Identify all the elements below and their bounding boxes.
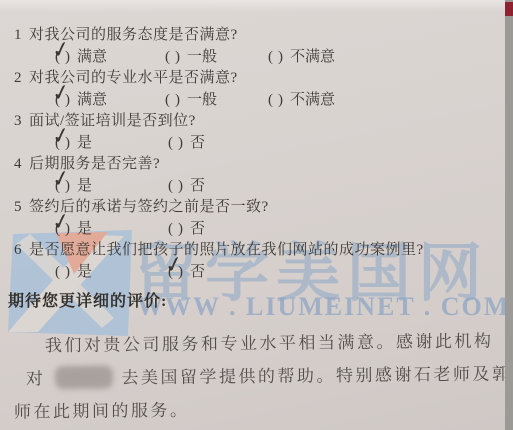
comment-prompt: 期待您更详细的评价: <box>8 288 167 311</box>
option: 否 <box>168 176 205 198</box>
question-text: 是否愿意让我们把孩子的照片放在我们网站的成功案例里? <box>29 242 424 258</box>
option: 一般 <box>165 90 268 112</box>
option-label: 是 <box>77 221 92 237</box>
option-label: 否 <box>190 135 205 151</box>
checkbox <box>55 262 70 284</box>
question-number: 5 <box>14 197 29 219</box>
checkbox <box>55 47 70 69</box>
checkbox <box>168 133 183 155</box>
option: 是 <box>55 219 168 241</box>
question-number: 6 <box>14 240 29 262</box>
option: 否 <box>168 133 205 155</box>
photo-edge-strip <box>505 0 513 430</box>
option: 否 <box>168 219 205 241</box>
handwriting-line-1: 我们对贵公司服务和专业水平相当满意。感谢此机构 <box>14 325 505 363</box>
option-label: 满意 <box>77 92 107 108</box>
option-label: 是 <box>77 178 92 194</box>
question-4: 4后期服务是否完善? 是否 <box>14 154 495 197</box>
checkbox <box>268 90 283 112</box>
questionnaire-photo: 留学美国网 WWW . LIUMEINET . COM 1对我公司的服务态度是否… <box>0 0 513 430</box>
option-label: 一般 <box>187 92 217 108</box>
option-label: 不满意 <box>290 49 335 65</box>
photo-edge-red-object <box>505 2 513 16</box>
checkbox <box>168 219 183 241</box>
option-label: 满意 <box>77 49 107 65</box>
checkbox <box>168 262 183 284</box>
option: 是 <box>55 176 168 198</box>
option-label: 一般 <box>187 49 217 65</box>
option: 不满意 <box>268 47 335 69</box>
question-2: 2对我公司的专业水平是否满意? 满意一般不满意 <box>14 68 495 111</box>
question-1-options: 满意一般不满意 <box>14 47 495 69</box>
question-3-options: 是否 <box>14 133 495 155</box>
handwriting-line-2: 对去美国留学提供的帮助。特别感谢石老师及郭老 <box>14 358 505 396</box>
handwriting-line-2-rest: 去美国留学提供的帮助。特别感谢石老师及郭老 <box>121 364 513 388</box>
question-number: 1 <box>14 25 29 47</box>
paper-top-highlight <box>0 0 513 12</box>
question-1: 1对我公司的服务态度是否满意? 满意一般不满意 <box>14 25 495 68</box>
option-label: 否 <box>190 264 205 280</box>
question-4-options: 是否 <box>14 176 495 198</box>
handwriting-line-2-prefix: 对 <box>26 369 46 389</box>
question-3: 3面试/签证培训是否到位? 是否 <box>14 111 495 154</box>
option: 否 <box>168 262 205 284</box>
checkbox <box>55 219 70 241</box>
checkbox <box>55 90 70 112</box>
handwriting-line-3: 师在此期间的服务。 <box>14 391 505 429</box>
question-6-options: 是否 <box>14 262 495 284</box>
option: 满意 <box>55 90 165 112</box>
question-6: 6是否愿意让我们把孩子的照片放在我们网站的成功案例里? 是否 <box>14 240 495 283</box>
checkbox <box>55 176 70 198</box>
option-label: 否 <box>190 221 205 237</box>
checkbox <box>168 176 183 198</box>
question-number: 2 <box>14 68 29 90</box>
question-list: 1对我公司的服务态度是否满意? 满意一般不满意 2对我公司的专业水平是否满意? … <box>14 25 495 283</box>
option-label: 是 <box>77 264 92 280</box>
option-label: 不满意 <box>290 92 335 108</box>
option-label: 否 <box>190 178 205 194</box>
checkbox <box>55 133 70 155</box>
option: 满意 <box>55 47 165 69</box>
option: 是 <box>55 262 168 284</box>
option: 是 <box>55 133 168 155</box>
question-5: 5签约后的承诺与签约之前是否一致? 是否 <box>14 197 495 240</box>
checkbox <box>165 47 180 69</box>
watermark-site-url: WWW . LIUMEINET . COM <box>137 292 510 322</box>
option-label: 是 <box>77 135 92 151</box>
option: 一般 <box>165 47 268 69</box>
question-5-options: 是否 <box>14 219 495 241</box>
question-number: 4 <box>14 154 29 176</box>
option: 不满意 <box>268 90 335 112</box>
question-number: 3 <box>14 111 29 133</box>
checkbox <box>268 47 283 69</box>
question-2-options: 满意一般不满意 <box>14 90 495 112</box>
handwritten-comment: 我们对贵公司服务和专业水平相当满意。感谢此机构 对去美国留学提供的帮助。特别感谢… <box>14 328 505 427</box>
checkbox <box>165 90 180 112</box>
redacted-name-blur <box>54 366 112 390</box>
